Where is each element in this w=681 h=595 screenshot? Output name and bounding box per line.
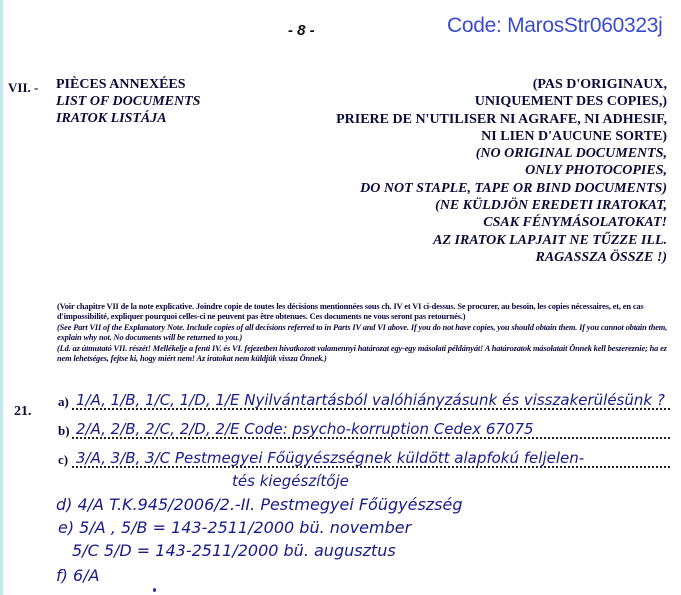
- notice-fr-line: NI LIEN D'AUCUNE SORTE): [336, 128, 667, 145]
- notice-hu-line: RAGASSZA ÖSSZE !): [336, 249, 667, 266]
- explanatory-hu: (Ld. az útmutató VII. részét! Mellékelje…: [57, 344, 677, 365]
- handwritten-line-e: e) 5/A , 5/B = 143-2511/2000 bü. novembe…: [58, 518, 411, 537]
- answer-label: c): [58, 452, 68, 468]
- section-number: VII. -: [8, 80, 38, 96]
- notice-en-line: ONLY PHOTOCOPIES,: [336, 162, 667, 179]
- notice-fr-line: (PAS D'ORIGINAUX,: [336, 76, 667, 93]
- notice-en-line: DO NOT STAPLE, TAPE OR BIND DOCUMENTS): [336, 180, 667, 197]
- handwritten-answer: 2/A, 2/B, 2/C, 2/D, 2/E Code: psycho-kor…: [76, 420, 534, 438]
- answer-line-c: c) 3/A, 3/B, 3/C Pestmegyei Főügyészségn…: [58, 448, 670, 470]
- explanatory-en: (See Part VII of the Explanatory Note. I…: [57, 323, 677, 344]
- page-number: - 8 -: [288, 22, 315, 39]
- ink-dot: [153, 588, 156, 592]
- section-titles: PIÈCES ANNEXÉES LIST OF DOCUMENTS IRATOK…: [56, 76, 200, 127]
- scan-edge: [0, 0, 3, 595]
- section-title-fr: PIÈCES ANNEXÉES: [56, 76, 200, 93]
- notice-hu-line: CSAK FÉNYMÁSOLATOKAT!: [336, 214, 667, 231]
- explanatory-fr: (Voir chapitre VII de la note explicativ…: [57, 302, 677, 323]
- section-title-en: LIST OF DOCUMENTS: [56, 93, 200, 110]
- notice-hu-line: AZ IRATOK LAPJAIT NE TŰZZE ILL.: [336, 232, 667, 249]
- answer-line-a: a) 1/A, 1/B, 1/C, 1/D, 1/E Nyilvántartás…: [58, 390, 670, 412]
- handwritten-line-d: d) 4/A T.K.945/2006/2.-II. Pestmegyei Fő…: [56, 495, 463, 514]
- answer-label: a): [58, 394, 69, 410]
- answer-line-b: b) 2/A, 2/B, 2/C, 2/D, 2/E Code: psycho-…: [58, 419, 670, 441]
- answer-label: b): [58, 423, 70, 439]
- document-code: Code: MarosStr060323j: [447, 14, 663, 38]
- handwritten-continuation: tés kiegészítője: [232, 472, 349, 490]
- notice-fr-line: PRIERE DE N'UTILISER NI AGRAFE, NI ADHES…: [336, 111, 667, 128]
- handwritten-answer: 3/A, 3/B, 3/C Pestmegyei Főügyészségnek …: [76, 449, 584, 467]
- notice-en-line: (NO ORIGINAL DOCUMENTS,: [336, 145, 667, 162]
- notice-fr-line: UNIQUEMENT DES COPIES,): [336, 93, 667, 110]
- section-title-hu: IRATOK LISTÁJA: [56, 110, 200, 127]
- explanatory-note: (Voir chapitre VII de la note explicativ…: [57, 302, 677, 364]
- notice-block: (PAS D'ORIGINAUX, UNIQUEMENT DES COPIES,…: [336, 76, 667, 266]
- notice-hu-line: (NE KÜLDJÖN EREDETI IRATOKAT,: [336, 197, 667, 214]
- handwritten-answer: 1/A, 1/B, 1/C, 1/D, 1/E Nyilvántartásból…: [76, 391, 665, 409]
- question-number: 21.: [14, 404, 32, 420]
- handwritten-line-f: f) 6/A: [56, 566, 99, 585]
- handwritten-line-e2: 5/C 5/D = 143-2511/2000 bü. augusztus: [72, 541, 396, 560]
